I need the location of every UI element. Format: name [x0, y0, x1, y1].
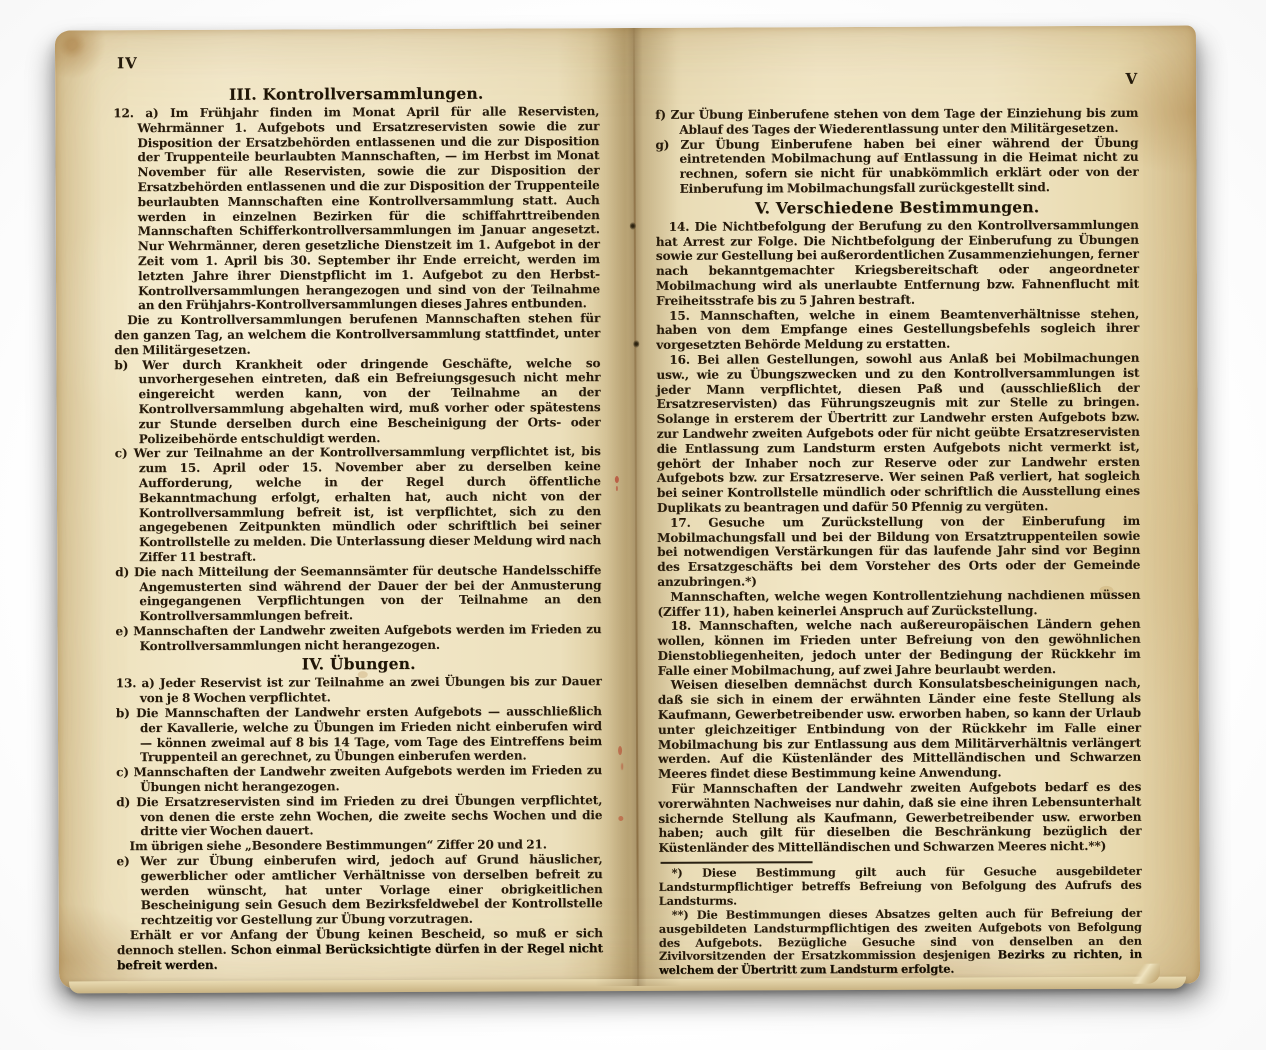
item-text: Zur Übung Einberufene stehen von dem Tag…: [671, 106, 1139, 137]
item-label: b): [114, 358, 128, 372]
item-text: Die nach Mitteilung der Seemannsämter fü…: [134, 563, 601, 623]
item-text: Wer zur Teilnahme an der Kontrollversamm…: [134, 444, 601, 564]
paragraph-landwehr-zweites: Für Mannschaften der Landwehr zweiten Au…: [658, 780, 1141, 856]
page-number-left: IV: [117, 52, 599, 72]
item-text: Mannschaften, welche nach außereuropäisc…: [658, 617, 1141, 677]
item-label: e): [117, 854, 130, 868]
item-label: d): [116, 795, 130, 809]
paragraph-g: g) Zur Übung Einberufene haben bei einer…: [655, 135, 1138, 196]
paragraph-18: 18. Mannschaften, welche nach außereurop…: [657, 617, 1140, 678]
item-label: e): [116, 624, 129, 638]
footnote-text: Diese Bestimmung gilt auch für Gesuche a…: [659, 864, 1142, 908]
paragraph-14: 14. Die Nichtbefolgung der Berufung zu d…: [656, 218, 1139, 309]
footnote-2: **) Die Bestimmungen dieses Absatzes gel…: [659, 907, 1142, 979]
paragraph-kontrollentziehung: Mannschaften, welche wegen Kontrollentzi…: [657, 587, 1140, 619]
item-label: 13. a): [116, 677, 155, 691]
paragraph-12a: 12. a) Im Frühjahr finden im Monat April…: [113, 104, 600, 313]
paragraph-konsulat: Weisen dieselben demnächst durch Konsula…: [658, 676, 1141, 782]
paragraph-erhaelt-bescheid: Erhält er vor Anfang der Übung keinen Be…: [117, 926, 603, 973]
item-text: Die Ersatzreservisten sind im Frieden zu…: [136, 793, 602, 839]
item-label: 15.: [669, 308, 690, 322]
page-left: IV III. Kontrollversammlungen. 12. a) Im…: [55, 28, 637, 989]
scanned-booklet-background: IV III. Kontrollversammlungen. 12. a) Im…: [0, 0, 1266, 1050]
paragraph-12e: e) Mannschaften der Landwehr zweiten Auf…: [116, 622, 602, 654]
item-label: 17.: [670, 515, 691, 529]
item-text: Mannschaften der Landwehr zweiten Aufgeb…: [133, 622, 601, 653]
item-text: Die Nichtbefolgung der Berufung zu den K…: [656, 218, 1139, 308]
section-heading-v: V. Verschiedene Bestimmungen.: [656, 198, 1139, 218]
item-text: Gesuche um Zurückstellung von der Einber…: [657, 513, 1140, 588]
item-label: 16.: [669, 353, 690, 367]
paragraph-13a: 13. a) Jeder Reservist ist zur Teilnahme…: [116, 675, 602, 707]
footnote-label: *): [672, 866, 683, 880]
item-text: Wer zur Übung einberufen wird, jedoch au…: [140, 852, 603, 927]
footnote-1: *) Diese Bestimmung gilt auch für Gesuch…: [659, 865, 1142, 909]
paragraph-13b: b) Die Mannschaften der Landwehr ersten …: [116, 704, 602, 765]
item-label: 12. a): [113, 106, 158, 120]
footnote-label: **): [672, 908, 689, 922]
paragraph-15: 15. Mannschaften, welche in einem Beamte…: [656, 306, 1139, 352]
item-text: Zur Übung Einberufene haben bei einer wä…: [679, 135, 1138, 195]
item-text: Mannschaften, welche in einem Beamtenver…: [656, 306, 1139, 352]
paragraph-13d: d) Die Ersatzreservisten sind im Frieden…: [116, 793, 602, 840]
paragraph-17: 17. Gesuche um Zurückstellung von der Ei…: [657, 513, 1140, 589]
item-text: Die Mannschaften der Landwehr ersten Auf…: [136, 704, 602, 764]
page-right: V f) Zur Übung Einberufene stehen von de…: [633, 26, 1200, 986]
section-heading-iv: IV. Übungen.: [116, 655, 602, 675]
item-text: Jeder Reservist ist zur Teilnahme an zwe…: [140, 675, 602, 706]
item-label: g): [655, 137, 669, 151]
section-heading-iii: III. Kontrollversammlungen.: [113, 84, 599, 104]
footnote-divider: [661, 861, 813, 864]
booklet-spread: IV III. Kontrollversammlungen. 12. a) Im…: [55, 26, 1200, 989]
paragraph-13e: e) Wer zur Übung einberufen wird, jedoch…: [117, 852, 603, 928]
paragraph-12d: d) Die nach Mitteilung der Seemannsämter…: [115, 563, 601, 624]
paragraph-12c: c) Wer zur Teilnahme an der Kontrollvers…: [115, 444, 602, 564]
item-label: c): [116, 765, 129, 779]
paragraph-12b: b) Wer durch Krankheit oder dringende Ge…: [114, 356, 600, 447]
item-text: Wer durch Krankheit oder dringende Gesch…: [138, 356, 600, 446]
paragraph-16: 16. Bei allen Gestellungen, sowohl aus A…: [656, 351, 1140, 516]
paragraph-kontrollversammlung-tag: Die zu Kontrollversammlungen berufenen M…: [114, 311, 600, 358]
item-text: Im Frühjahr finden im Monat April für al…: [137, 104, 600, 312]
item-label: b): [116, 706, 130, 720]
item-text: Mannschaften der Landwehr zweiten Aufgeb…: [134, 763, 603, 794]
item-label: f): [655, 108, 666, 122]
item-label: c): [115, 447, 128, 461]
page-number-right: V: [655, 70, 1138, 90]
paragraph-13c: c) Mannschaften der Landwehr zweiten Auf…: [116, 763, 602, 795]
item-label: 18.: [670, 619, 691, 633]
paragraph-f: f) Zur Übung Einberufene stehen von dem …: [655, 106, 1138, 138]
item-text: Bei allen Gestellungen, sowohl aus Anlaß…: [656, 351, 1140, 515]
item-label: 14.: [669, 220, 690, 234]
item-label: d): [115, 565, 129, 579]
